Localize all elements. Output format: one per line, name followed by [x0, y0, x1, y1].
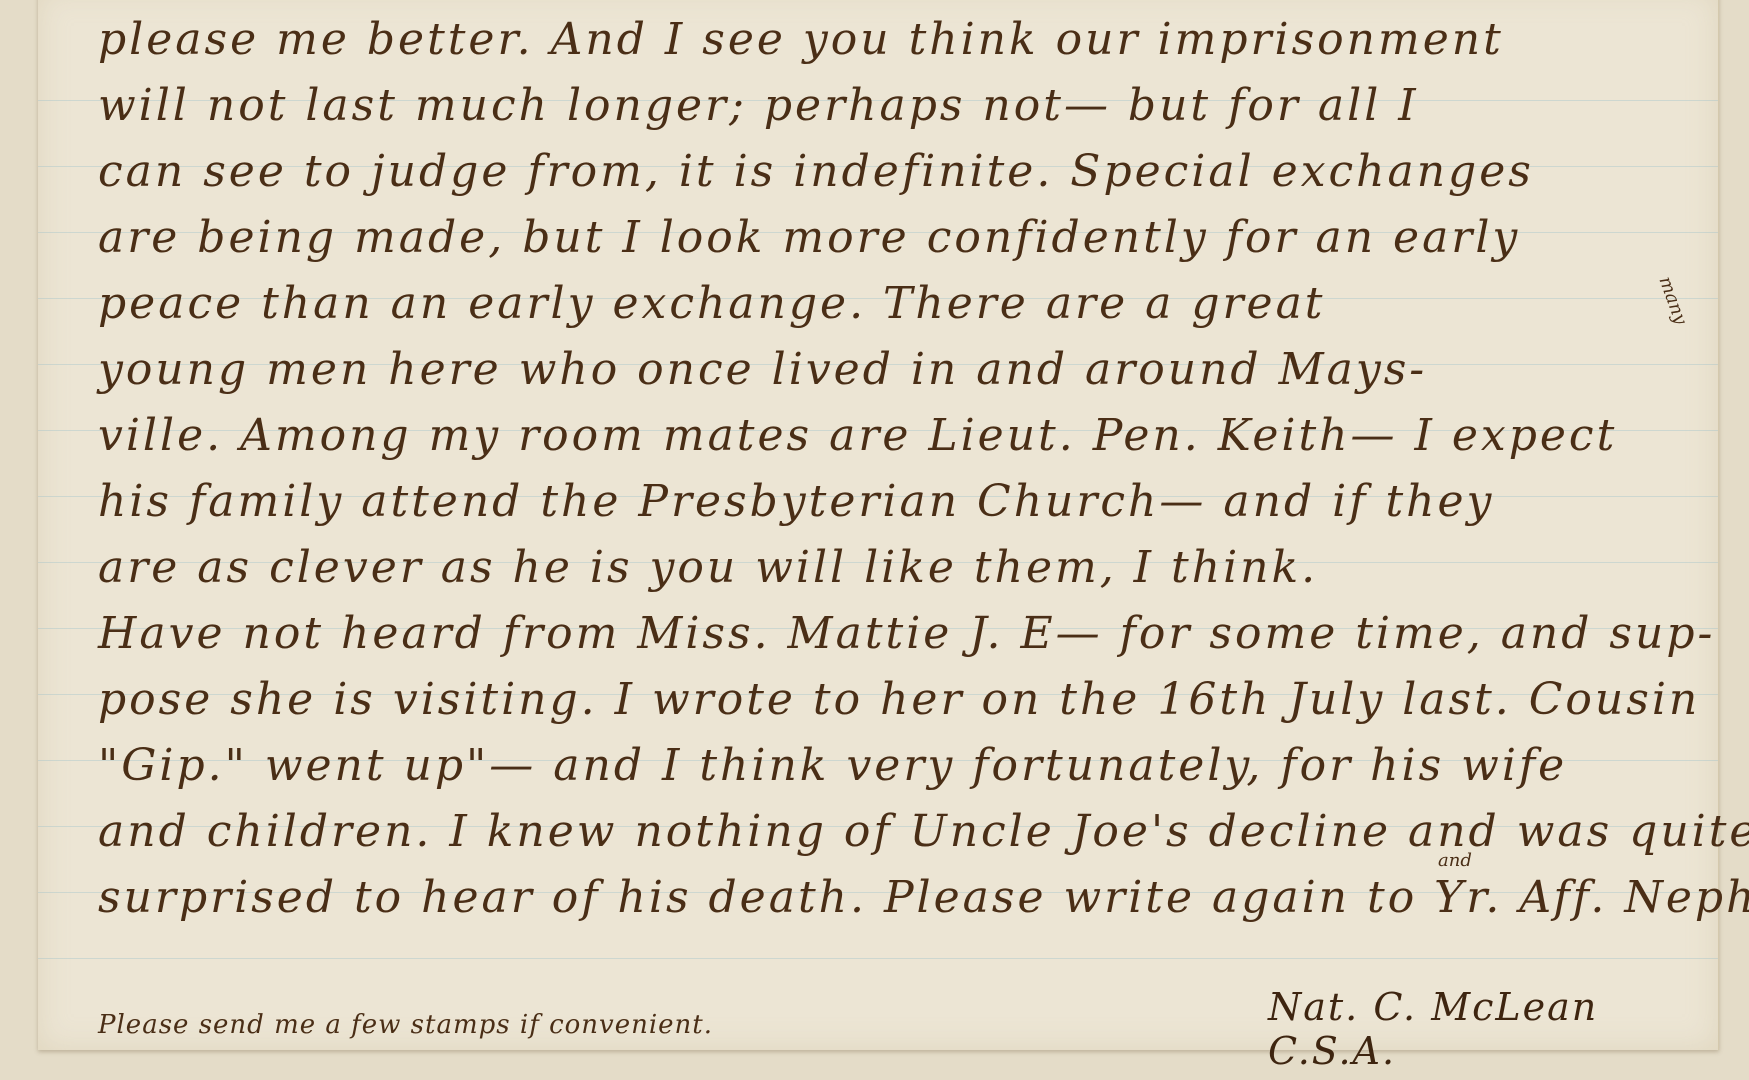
letter-line-1: please me better. And I see you think ou… — [98, 18, 1678, 62]
letter-line-5: peace than an early exchange. There are … — [98, 282, 1678, 326]
letter-line-11: pose she is visiting. I wrote to her on … — [98, 678, 1678, 722]
letter-line-6: young men here who once lived in and aro… — [98, 348, 1678, 392]
letter-line-10: Have not heard from Miss. Mattie J. E— f… — [98, 612, 1678, 656]
letter-line-7: ville. Among my room mates are Lieut. Pe… — [98, 414, 1678, 458]
signature: Nat. C. McLean C.S.A. — [1268, 985, 1718, 1073]
letter-line-8: his family attend the Presbyterian Churc… — [98, 480, 1678, 524]
letter-line-3: can see to judge from, it is indefinite.… — [98, 150, 1678, 194]
ruled-line — [38, 958, 1718, 959]
interlineation-and: and — [1438, 850, 1472, 871]
letter-line-9: are as clever as he is you will like the… — [98, 546, 1678, 590]
postscript: Please send me a few stamps if convenien… — [98, 1010, 713, 1040]
letter-line-14: surprised to hear of his death. Please w… — [98, 876, 1678, 920]
letter-line-12: "Gip." went up"— and I think very fortun… — [98, 744, 1678, 788]
letter-page: please me better. And I see you think ou… — [38, 0, 1719, 1050]
letter-line-4: are being made, but I look more confiden… — [98, 216, 1678, 260]
letter-line-13: and children. I knew nothing of Uncle Jo… — [98, 810, 1678, 854]
letter-line-2: will not last much longer; perhaps not— … — [98, 84, 1678, 128]
